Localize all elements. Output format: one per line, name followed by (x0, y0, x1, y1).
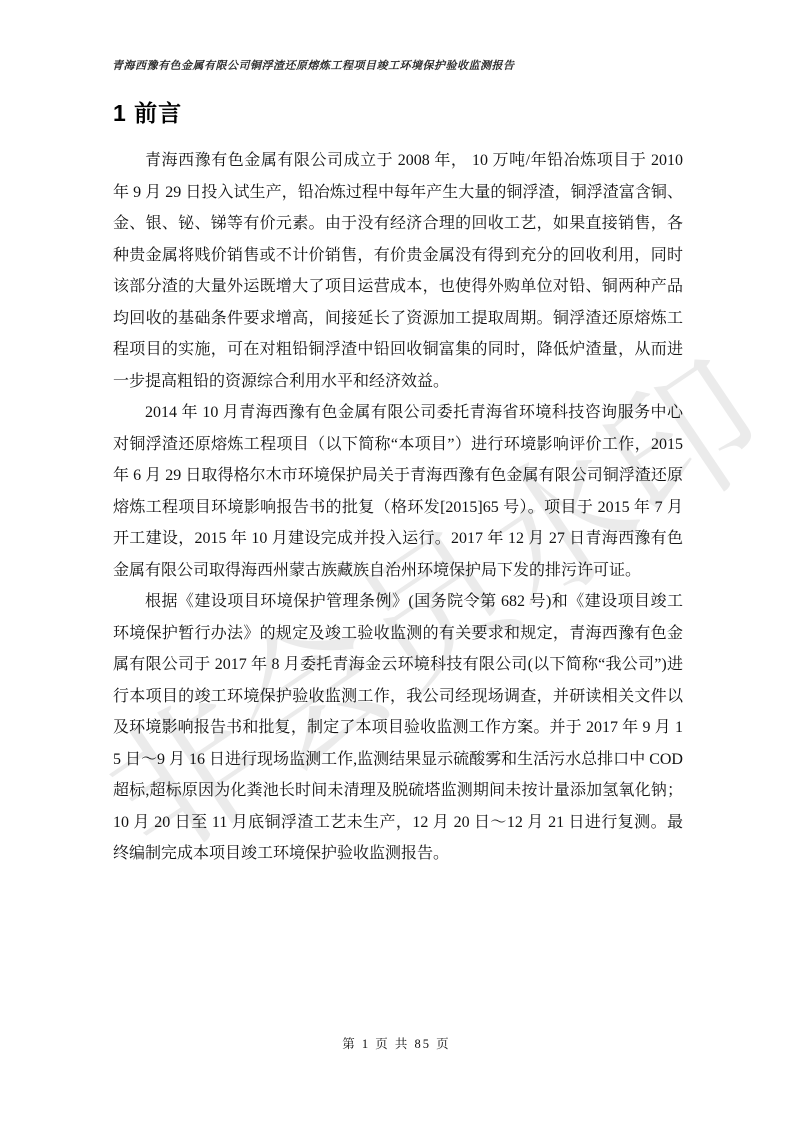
paragraph-acceptance-monitoring: 根据《建设项目环境保护管理条例》(国务院令第 682 号)和《建设项目竣工环境保… (113, 586, 683, 870)
running-header: 青海西豫有色金属有限公司铜浮渣还原熔炼工程项目竣工环境保护验收监测报告 (112, 57, 682, 73)
page-number-footer: 第 1 页 共 85 页 (0, 1034, 793, 1052)
section-heading: 1 前言 (113, 95, 683, 128)
document-body: 1 前言 青海西豫有色金属有限公司成立于 2008 年， 10 万吨/年铅冶炼项… (113, 95, 683, 870)
paragraph-intro-company: 青海西豫有色金属有限公司成立于 2008 年， 10 万吨/年铅冶炼项目于 20… (113, 145, 683, 397)
document-page: 非会员水印 青海西豫有色金属有限公司铜浮渣还原熔炼工程项目竣工环境保护验收监测报… (0, 0, 793, 1122)
paragraph-eia-approval: 2014 年 10 月青海西豫有色金属有限公司委托青海省环境科技咨询服务中心对铜… (113, 397, 683, 586)
